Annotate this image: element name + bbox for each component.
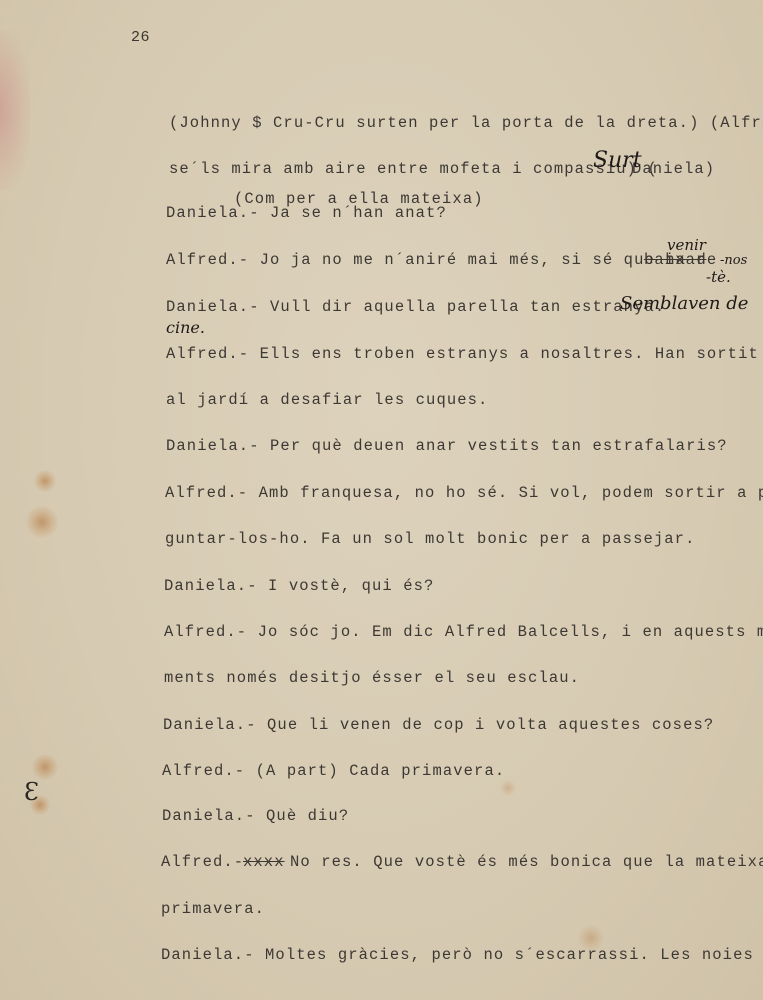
cine-annotation: cine.	[166, 318, 205, 337]
typed-line: Alfred.-	[161, 853, 255, 871]
typed-line: Alfred.- Jo sóc jo. Em dic Alfred Balcel…	[164, 623, 763, 641]
typed-line: Daniela)	[632, 160, 715, 178]
surt-correction: Surt	[593, 148, 642, 173]
venir-insertion: venir	[667, 236, 706, 254]
typed-line: Daniela.- Ja se n´han anat?	[166, 204, 447, 222]
rust-stain	[34, 470, 56, 492]
typed-line: ments només desitjo ésser el seu esclau.	[164, 669, 580, 687]
te-insertion: -tè.	[706, 268, 731, 286]
xxxx-overstrike: xxxx	[243, 853, 285, 871]
typed-line: guntar-los-ho. Fa un sol molt bonic per …	[165, 530, 695, 548]
rust-stain	[500, 780, 516, 796]
typed-line: Alfred.- (A part) Cada primavera.	[162, 762, 505, 780]
typed-line: se´ls mira amb aire entre mofeta i compa…	[169, 160, 658, 178]
typed-line: al jardí a desafiar les cuques.	[166, 391, 488, 409]
typed-line: Daniela.- Què diu?	[162, 807, 349, 825]
rust-stain	[26, 506, 58, 538]
typed-line: Daniela.- Vull dir aquella parella tan e…	[166, 298, 665, 316]
typed-line: Alfred.- Ells ens troben estranys a nosa…	[166, 345, 759, 363]
typed-line: Daniela.- Moltes gràcies, però no s´esca…	[161, 946, 763, 964]
typescript-page: 26 (Johnny $ Cru-Cru surten per la porta…	[0, 0, 763, 1000]
typed-line: primavera.	[161, 900, 265, 918]
semblaven-de-annotation: Semblaven de	[620, 293, 748, 314]
rust-stain	[32, 754, 58, 780]
margin-mark: Ɛ	[24, 778, 39, 806]
typed-line: Daniela.- I vostè, qui és?	[164, 577, 434, 595]
typed-line: (Johnny $ Cru-Cru surten per la porta de…	[169, 114, 763, 132]
typed-line: Alfred.- Amb franquesa, no ho sé. Si vol…	[165, 484, 763, 502]
pink-stain	[0, 30, 30, 190]
page-number: 26	[131, 29, 150, 46]
typed-line: Daniela.- Que li venen de cop i volta aq…	[163, 716, 714, 734]
typed-line: Daniela.- Per què deuen anar vestits tan…	[166, 437, 728, 455]
nos-suffix: -nos	[720, 253, 747, 268]
typed-line: No res. Que vostè és més bonica que la m…	[290, 853, 763, 871]
